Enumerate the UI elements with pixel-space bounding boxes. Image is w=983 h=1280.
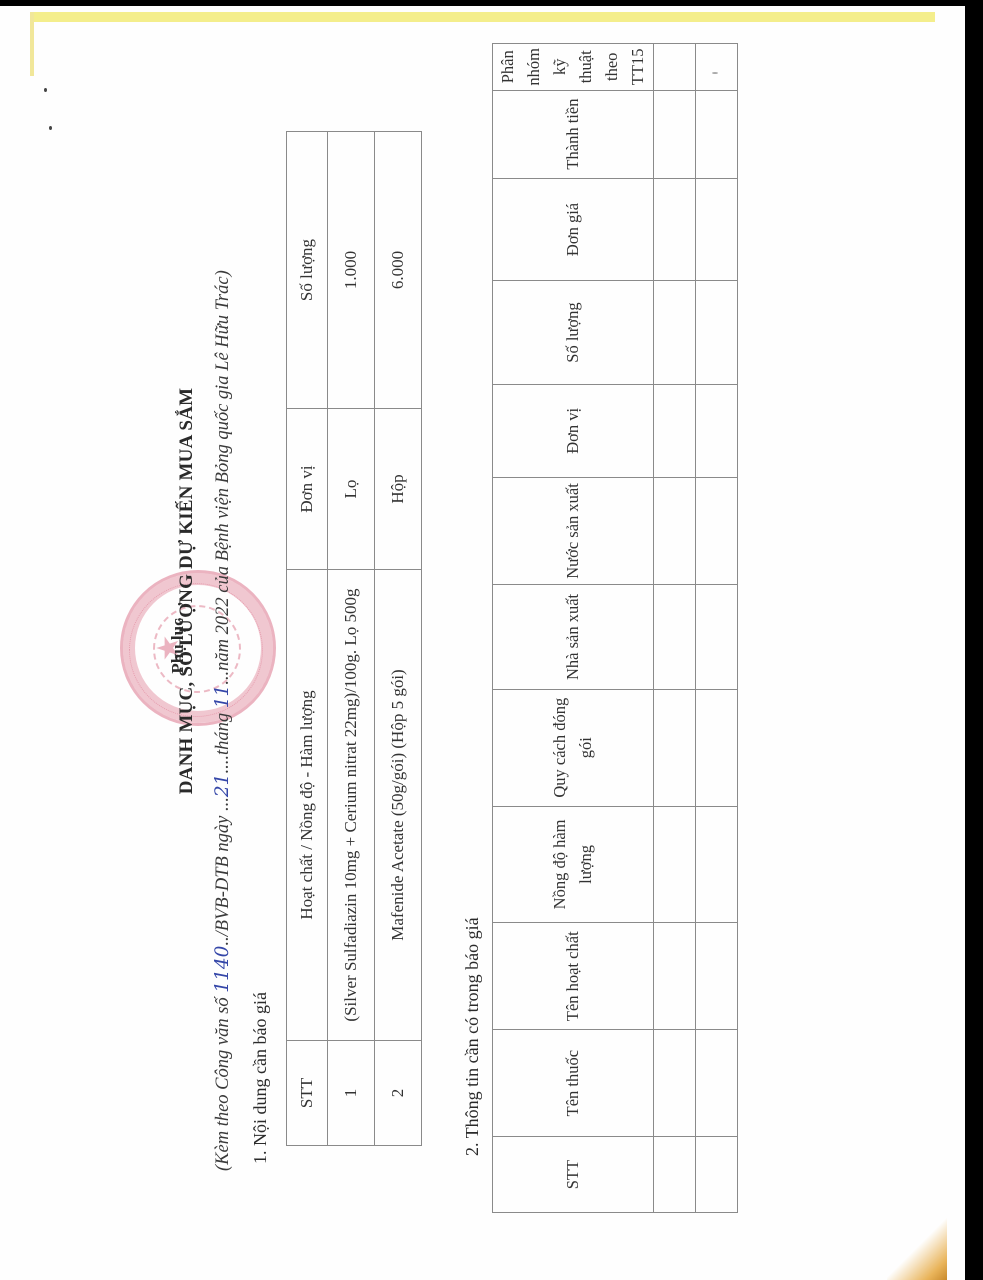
cell-drug-name xyxy=(654,1030,696,1137)
header-packaging: Quy cách đóng gói xyxy=(493,689,654,806)
quote-info-table: STTTên thuốcTên hoạt chấtNồng độ hàm lượ… xyxy=(492,43,738,1213)
cell-unit-price xyxy=(654,178,696,281)
subtitle-prefix: (Kèm theo Công văn số xyxy=(213,993,233,1171)
subtitle-month-label: ....tháng xyxy=(213,708,233,773)
table-row: 1 (Silver Sulfadiazin 10mg + Cerium nitr… xyxy=(328,132,375,1146)
cell-stt: 1 xyxy=(328,1041,375,1146)
cell-drug-name xyxy=(696,1030,738,1137)
cell-unit xyxy=(654,384,696,477)
cell-quantity: 6.000 xyxy=(375,132,422,409)
table-row: 2 Mafenide Acetate (50g/gói) (Hộp 5 gói)… xyxy=(375,132,422,1146)
cell-active-ingredient-name xyxy=(654,923,696,1030)
cell-manufacturer xyxy=(654,585,696,690)
official-seal-stamp: ★ xyxy=(120,570,276,726)
header-concentration: Nồng độ hàm lượng xyxy=(493,806,654,923)
section-1-heading: 1. Nội dung cần báo giá xyxy=(250,992,271,1164)
cell-unit: Lọ xyxy=(328,409,375,570)
cell-technical-group-tt15 xyxy=(696,44,738,91)
cell-technical-group-tt15 xyxy=(654,44,696,91)
header-unit-price: Đơn giá xyxy=(493,178,654,281)
cell-quantity xyxy=(696,281,738,384)
header-manufacturer: Nhà sản xuất xyxy=(493,585,654,690)
cell-quantity: 1.000 xyxy=(328,132,375,409)
table-header-row: STTTên thuốcTên hoạt chấtNồng độ hàm lượ… xyxy=(493,44,654,1213)
cell-active-ingredient: Mafenide Acetate (50g/gói) (Hộp 5 gói) xyxy=(375,570,422,1041)
cell-packaging xyxy=(696,689,738,806)
document-title: DANH MỤC, SỐ LƯỢNG DỰ KIẾN MUA SẮM xyxy=(176,196,198,986)
header-quantity: Số lượng xyxy=(287,132,328,409)
cell-concentration xyxy=(696,806,738,923)
cell-unit: Hộp xyxy=(375,409,422,570)
section-2-heading: 2. Thông tin cần có trong báo giá xyxy=(462,917,483,1156)
handwritten-month: 11 xyxy=(212,685,233,709)
header-technical-group-tt15: Phân nhóm kỹ thuật theo TT15 xyxy=(493,44,654,91)
cell-country-of-origin xyxy=(654,477,696,584)
cell-unit-price xyxy=(696,178,738,281)
cell-stt xyxy=(696,1137,738,1213)
header-drug-name: Tên thuốc xyxy=(493,1030,654,1137)
header-stt: STT xyxy=(287,1041,328,1146)
cell-packaging xyxy=(654,689,696,806)
header-total-amount: Thành tiền xyxy=(493,90,654,178)
handwritten-doc-number: 1140 xyxy=(212,946,233,993)
table-row xyxy=(696,44,738,1213)
quote-items-table: STT Hoạt chất / Nồng độ - Hàm lượng Đơn … xyxy=(286,131,422,1146)
subtitle-middle: ../BVB-DTB ngày ... xyxy=(213,797,233,946)
cell-active-ingredient: (Silver Sulfadiazin 10mg + Cerium nitrat… xyxy=(328,570,375,1041)
header-active-ingredient-name: Tên hoạt chất xyxy=(493,923,654,1030)
subtitle-suffix: ...năm 2022 của Bệnh viện Bỏng quốc gia … xyxy=(213,270,233,684)
table-header-row: STT Hoạt chất / Nồng độ - Hàm lượng Đơn … xyxy=(287,132,328,1146)
document-page: ★ Phụ lục DANH MỤC, SỐ LƯỢNG DỰ KIẾN MUA… xyxy=(0,6,983,1280)
header-country-of-origin: Nước sản xuất xyxy=(493,477,654,584)
header-quantity: Số lượng xyxy=(493,281,654,384)
header-active-ingredient: Hoạt chất / Nồng độ - Hàm lượng xyxy=(287,570,328,1041)
paper-sheet: ★ Phụ lục DANH MỤC, SỐ LƯỢNG DỰ KIẾN MUA… xyxy=(0,6,965,1280)
cell-manufacturer xyxy=(696,585,738,690)
cell-active-ingredient-name xyxy=(696,923,738,1030)
cell-stt: 2 xyxy=(375,1041,422,1146)
header-stt: STT xyxy=(493,1137,654,1213)
header-unit: Đơn vị xyxy=(493,384,654,477)
table-row xyxy=(654,44,696,1213)
handwritten-day: 21 xyxy=(212,774,233,798)
cell-stt xyxy=(654,1137,696,1213)
document-subtitle: (Kèm theo Công văn số 1140../BVB-DTB ngà… xyxy=(212,121,234,1171)
header-unit: Đơn vị xyxy=(287,409,328,570)
cell-total-amount xyxy=(654,90,696,178)
cell-concentration xyxy=(654,806,696,923)
cell-quantity xyxy=(654,281,696,384)
cell-unit xyxy=(696,384,738,477)
cell-total-amount xyxy=(696,90,738,178)
scan-background: ★ Phụ lục DANH MỤC, SỐ LƯỢNG DỰ KIẾN MUA… xyxy=(0,0,983,1280)
cell-country-of-origin xyxy=(696,477,738,584)
